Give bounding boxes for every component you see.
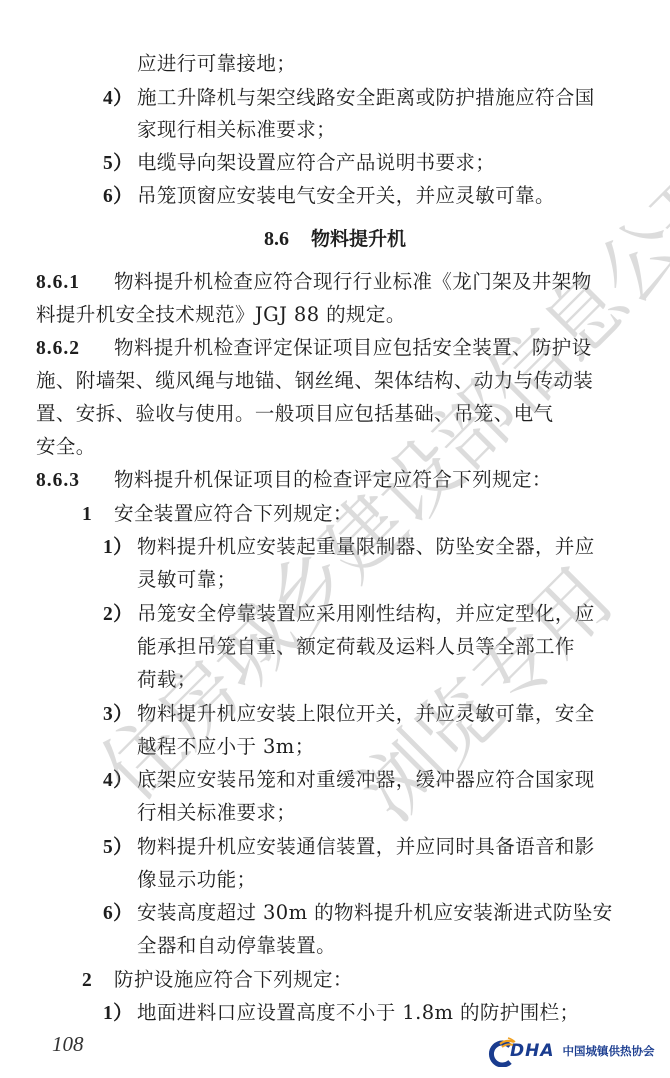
list-item: 4）施工升降机与架空线路安全距离或防护措施应符合国	[103, 86, 595, 111]
clause-number: 8.6.1	[36, 271, 114, 295]
section-number: 8.6	[264, 228, 289, 250]
clause-8-6-3: 8.6.3物料提升机保证项目的检查评定应符合下列规定：	[36, 468, 552, 493]
item-text: 底架应安装吊笼和对重缓冲器，缓冲器应符合国家现	[137, 768, 595, 791]
watermark-line-2: 浏览专用	[330, 539, 632, 841]
section-heading: 8.6物料提升机	[0, 224, 670, 251]
clause-line: 安全。	[36, 435, 96, 459]
clause-line: 置、安拆、验收与使用。一般项目应包括基础、吊笼、电气	[36, 402, 553, 426]
list-item: 1）物料提升机应安装起重量限制器、防坠安全器，并应	[103, 535, 595, 560]
cdha-logo: DHA 中国城镇供热协会	[488, 1036, 655, 1066]
list-item: 2）吊笼安全停靠装置应采用刚性结构，并应定型化，应	[103, 602, 595, 627]
continuation-line: 灵敏可靠；	[137, 568, 237, 592]
continuation-line: 越程不应小于 3m；	[137, 735, 315, 759]
clause-line: 施、附墙架、缆风绳与地锚、钢丝绳、架体结构、动力与传动装	[36, 369, 593, 393]
continuation-line: 荷载；	[137, 668, 197, 692]
continuation-line: 能承担吊笼自重、额定荷载及运料人员等全部工作	[137, 635, 575, 659]
list-item: 3）物料提升机应安装上限位开关，并应灵敏可靠，安全	[103, 702, 595, 727]
clause-number: 8.6.3	[36, 469, 114, 493]
logo-org-name: 中国城镇供热协会	[563, 1043, 655, 1059]
continuation-line: 家现行相关标准要求；	[137, 118, 336, 142]
subsection-1: 1安全装置应符合下列规定：	[82, 502, 353, 527]
clause-text: 物料提升机保证项目的检查评定应符合下列规定：	[114, 468, 552, 491]
clause-8-6-2: 8.6.2物料提升机检查评定保证项目应包括安全装置、防护设	[36, 336, 592, 361]
subsection-2: 2防护设施应符合下列规定：	[82, 968, 353, 993]
list-item: 5）物料提升机应安装通信装置，并应同时具备语音和影	[103, 835, 595, 860]
item-text: 物料提升机应安装通信装置，并应同时具备语音和影	[137, 835, 595, 858]
item-text: 地面进料口应设置高度不小于 1.8m 的防护围栏；	[137, 1001, 579, 1024]
continuation-line: 应进行可靠接地；	[137, 52, 296, 76]
logo-c-arc-icon	[488, 1037, 518, 1065]
clause-number: 8.6.2	[36, 337, 114, 361]
item-text: 安装高度超过 30m 的物料提升机应安装渐进式防坠安	[137, 901, 613, 924]
item-number: 5）	[103, 152, 137, 176]
page-number: 108	[52, 1032, 84, 1057]
item-number: 6）	[103, 902, 137, 926]
clause-8-6-1: 8.6.1物料提升机检查应符合现行行业标准《龙门架及井架物	[36, 270, 592, 295]
section-title: 物料提升机	[311, 228, 406, 250]
continuation-line: 全器和自动停靠装置。	[137, 934, 336, 958]
item-text: 电缆导向架设置应符合产品说明书要求；	[137, 151, 495, 174]
item-text: 施工升降机与架空线路安全距离或防护措施应符合国	[137, 86, 595, 109]
item-number: 2）	[103, 603, 137, 627]
item-number: 1）	[103, 536, 137, 560]
clause-text: 物料提升机检查应符合现行行业标准《龙门架及井架物	[114, 270, 592, 293]
subsection-title: 防护设施应符合下列规定：	[114, 968, 353, 991]
continuation-line: 行相关标准要求；	[137, 801, 296, 825]
item-number: 5）	[103, 836, 137, 860]
continuation-line: 像显示功能；	[137, 868, 256, 892]
item-text: 物料提升机应安装起重量限制器、防坠安全器，并应	[137, 535, 595, 558]
subsection-number: 1	[82, 503, 114, 527]
subsection-title: 安全装置应符合下列规定：	[114, 502, 353, 525]
clause-text: 物料提升机检查评定保证项目应包括安全装置、防护设	[114, 336, 592, 359]
list-item: 1）地面进料口应设置高度不小于 1.8m 的防护围栏；	[103, 1001, 579, 1026]
clause-line: 料提升机安全技术规范》JGJ 88 的规定。	[36, 303, 406, 327]
subsection-number: 2	[82, 969, 114, 993]
item-number: 1）	[103, 1002, 137, 1026]
list-item: 6）安装高度超过 30m 的物料提升机应安装渐进式防坠安	[103, 901, 613, 926]
document-page: 应进行可靠接地； 4）施工升降机与架空线路安全距离或防护措施应符合国 家现行相关…	[0, 0, 670, 1078]
list-item: 5）电缆导向架设置应符合产品说明书要求；	[103, 151, 495, 176]
item-number: 4）	[103, 769, 137, 793]
item-text: 物料提升机应安装上限位开关，并应灵敏可靠，安全	[137, 702, 595, 725]
item-text: 吊笼安全停靠装置应采用刚性结构，并应定型化，应	[137, 602, 595, 625]
item-number: 3）	[103, 703, 137, 727]
list-item: 6）吊笼顶窗应安装电气安全开关，并应灵敏可靠。	[103, 184, 555, 209]
item-number: 4）	[103, 87, 137, 111]
list-item: 4）底架应安装吊笼和对重缓冲器，缓冲器应符合国家现	[103, 768, 595, 793]
item-text: 吊笼顶窗应安装电气安全开关，并应灵敏可靠。	[137, 184, 555, 207]
item-number: 6）	[103, 185, 137, 209]
